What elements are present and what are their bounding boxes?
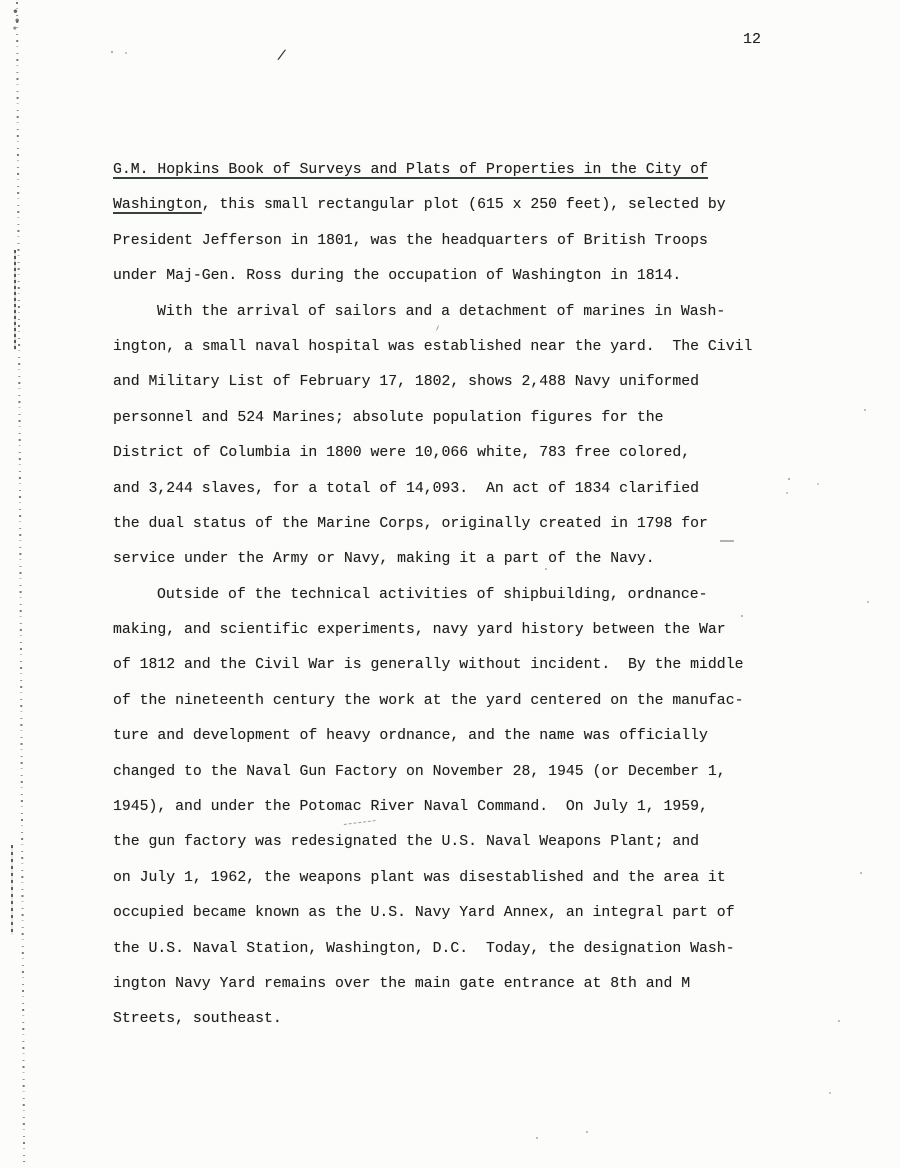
text-segment: District of Columbia in 1800 were 10,066… xyxy=(113,445,690,461)
scan-speck xyxy=(867,601,869,603)
scan-edge-artifact xyxy=(16,2,25,1162)
text-line: the dual status of the Marine Corps, ori… xyxy=(113,507,803,542)
scan-edge-knot xyxy=(13,6,19,32)
scan-speck xyxy=(829,1092,831,1094)
text-line: making, and scientific experiments, navy… xyxy=(113,613,803,648)
text-segment: making, and scientific experiments, navy… xyxy=(113,622,726,638)
text-line: G.M. Hopkins Book of Surveys and Plats o… xyxy=(113,153,803,188)
text-line: the U.S. Naval Station, Washington, D.C.… xyxy=(113,932,803,967)
text-segment: of 1812 and the Civil War is generally w… xyxy=(113,657,743,673)
text-segment: and Military List of February 17, 1802, … xyxy=(113,374,699,390)
text-line: District of Columbia in 1800 were 10,066… xyxy=(113,436,803,471)
text-segment: and 3,244 slaves, for a total of 14,093.… xyxy=(113,481,699,497)
text-segment: Streets, southeast. xyxy=(113,1011,282,1027)
text-line: and 3,244 slaves, for a total of 14,093.… xyxy=(113,472,803,507)
scan-speck xyxy=(125,52,127,54)
scan-speck xyxy=(111,51,113,53)
text-line: changed to the Naval Gun Factory on Nove… xyxy=(113,755,803,790)
text-line: service under the Army or Navy, making i… xyxy=(113,542,803,577)
scan-speck xyxy=(838,1020,840,1022)
text-segment: Outside of the technical activities of s… xyxy=(157,587,708,603)
text-segment: , this small rectangular plot (615 x 250… xyxy=(202,197,726,213)
text-line: With the arrival of sailors and a detach… xyxy=(113,295,803,330)
text-segment: 1945), and under the Potomac River Naval… xyxy=(113,799,708,815)
text-segment: occupied became known as the U.S. Navy Y… xyxy=(113,905,735,921)
text-line: Outside of the technical activities of s… xyxy=(113,578,803,613)
text-line: the gun factory was redesignated the U.S… xyxy=(113,825,803,860)
scan-mark-slash: / xyxy=(276,47,287,65)
text-line: ington Navy Yard remains over the main g… xyxy=(113,967,803,1002)
text-segment: Washington xyxy=(113,197,202,213)
text-line: ture and development of heavy ordnance, … xyxy=(113,719,803,754)
text-segment: changed to the Naval Gun Factory on Nove… xyxy=(113,764,726,780)
text-segment: ington Navy Yard remains over the main g… xyxy=(113,976,690,992)
scan-speck xyxy=(586,1131,588,1133)
text-segment: personnel and 524 Marines; absolute popu… xyxy=(113,410,664,426)
document-page: / 12 G.M. Hopkins Book of Surveys and Pl… xyxy=(0,0,900,1168)
body-text: G.M. Hopkins Book of Surveys and Plats o… xyxy=(113,153,803,1038)
text-line: ington, a small naval hospital was estab… xyxy=(113,330,803,365)
text-segment: on July 1, 1962, the weapons plant was d… xyxy=(113,870,726,886)
scan-speck xyxy=(864,409,866,411)
text-segment: under Maj-Gen. Ross during the occupatio… xyxy=(113,268,681,284)
scan-speck xyxy=(536,1137,538,1139)
text-line: of the nineteenth century the work at th… xyxy=(113,684,803,719)
text-line: 1945), and under the Potomac River Naval… xyxy=(113,790,803,825)
text-line: Streets, southeast. xyxy=(113,1002,803,1037)
text-line: on July 1, 1962, the weapons plant was d… xyxy=(113,861,803,896)
text-line: of 1812 and the Civil War is generally w… xyxy=(113,648,803,683)
page-number: 12 xyxy=(743,31,761,49)
text-line: President Jefferson in 1801, was the hea… xyxy=(113,224,803,259)
text-segment: the U.S. Naval Station, Washington, D.C.… xyxy=(113,941,735,957)
text-line: occupied became known as the U.S. Navy Y… xyxy=(113,896,803,931)
scan-edge-artifact-dark xyxy=(11,845,13,935)
scan-speck xyxy=(817,483,819,485)
text-segment: ture and development of heavy ordnance, … xyxy=(113,728,708,744)
text-segment: service under the Army or Navy, making i… xyxy=(113,551,655,567)
text-segment: of the nineteenth century the work at th… xyxy=(113,693,743,709)
scan-edge-artifact-dark xyxy=(14,250,16,350)
text-segment: ington, a small naval hospital was estab… xyxy=(113,339,752,355)
text-segment: G.M. Hopkins Book of Surveys and Plats o… xyxy=(113,162,708,178)
text-line: Washington, this small rectangular plot … xyxy=(113,188,803,223)
text-segment: the dual status of the Marine Corps, ori… xyxy=(113,516,708,532)
text-segment: With the arrival of sailors and a detach… xyxy=(157,304,725,320)
text-line: under Maj-Gen. Ross during the occupatio… xyxy=(113,259,803,294)
scan-speck xyxy=(860,872,862,874)
text-line: personnel and 524 Marines; absolute popu… xyxy=(113,401,803,436)
text-segment: the gun factory was redesignated the U.S… xyxy=(113,834,699,850)
text-segment: President Jefferson in 1801, was the hea… xyxy=(113,233,708,249)
text-line: and Military List of February 17, 1802, … xyxy=(113,365,803,400)
